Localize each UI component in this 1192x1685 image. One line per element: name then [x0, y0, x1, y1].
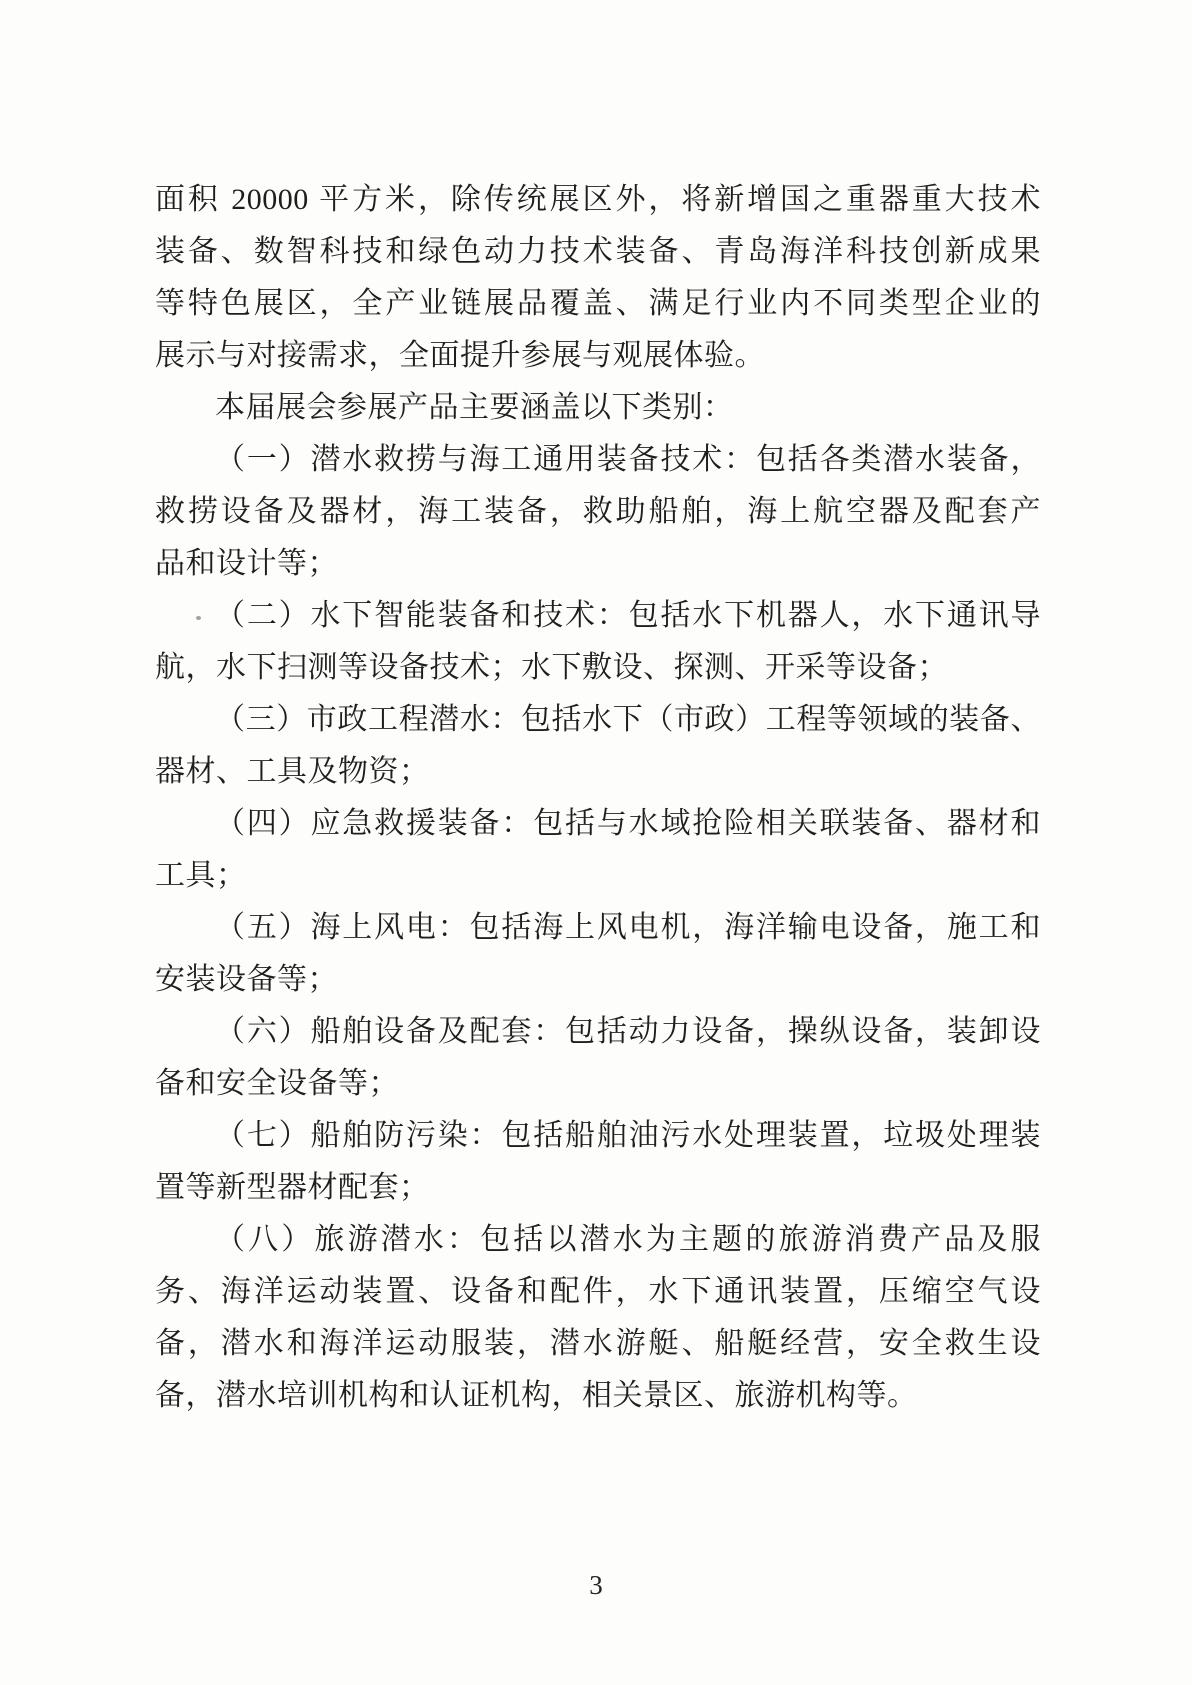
text-line: 面积 20000 平方米，除传统展区外，将新增国之重器重大技术: [155, 174, 1041, 226]
text-line: 备，潜水和海洋运动服装，潜水游艇、船艇经营，安全救生设: [155, 1318, 1041, 1370]
text-line: 等特色展区，全产业链展品覆盖、满足行业内不同类型企业的: [155, 278, 1041, 330]
text-line: 品和设计等；: [155, 538, 1041, 590]
paragraph: （六）船舶设备及配套：包括动力设备，操纵设备，装卸设备和安全设备等；: [155, 1006, 1041, 1110]
paragraph: （七）船舶防污染：包括船舶油污水处理装置，垃圾处理装置等新型器材配套；: [155, 1110, 1041, 1214]
text-line: （二）水下智能装备和技术：包括水下机器人，水下通讯导: [155, 590, 1041, 642]
text-line: （四）应急救援装备：包括与水域抢险相关联装备、器材和: [155, 798, 1041, 850]
text-block: 面积 20000 平方米，除传统展区外，将新增国之重器重大技术装备、数智科技和绿…: [155, 174, 1041, 1422]
document-page: 面积 20000 平方米，除传统展区外，将新增国之重器重大技术装备、数智科技和绿…: [0, 0, 1192, 1685]
paragraph: （八）旅游潜水：包括以潜水为主题的旅游消费产品及服务、海洋运动装置、设备和配件，…: [155, 1214, 1041, 1422]
page-number: 3: [0, 1570, 1192, 1601]
text-line: （一）潜水救捞与海工通用装备技术：包括各类潜水装备，: [155, 434, 1041, 486]
text-line: 装备、数智科技和绿色动力技术装备、青岛海洋科技创新成果: [155, 226, 1041, 278]
scan-artifact-dot: [196, 616, 201, 620]
paragraph: 本届展会参展产品主要涵盖以下类别：: [155, 382, 1041, 434]
text-line: 备，潜水培训机构和认证机构，相关景区、旅游机构等。: [155, 1370, 1041, 1422]
paragraph: （三）市政工程潜水：包括水下（市政）工程等领域的装备、器材、工具及物资；: [155, 694, 1041, 798]
text-line: 安装设备等；: [155, 954, 1041, 1006]
paragraph: （一）潜水救捞与海工通用装备技术：包括各类潜水装备，救捞设备及器材，海工装备，救…: [155, 434, 1041, 590]
text-line: 务、海洋运动装置、设备和配件，水下通讯装置，压缩空气设: [155, 1266, 1041, 1318]
text-line: 本届展会参展产品主要涵盖以下类别：: [155, 382, 1041, 434]
text-line: 置等新型器材配套；: [155, 1162, 1041, 1214]
paragraph: （五）海上风电：包括海上风电机，海洋输电设备，施工和安装设备等；: [155, 902, 1041, 1006]
text-line: （七）船舶防污染：包括船舶油污水处理装置，垃圾处理装: [155, 1110, 1041, 1162]
text-line: 航，水下扫测等设备技术；水下敷设、探测、开采等设备；: [155, 642, 1041, 694]
text-line: 工具；: [155, 850, 1041, 902]
text-line: 器材、工具及物资；: [155, 746, 1041, 798]
text-line: 展示与对接需求，全面提升参展与观展体验。: [155, 330, 1041, 382]
text-line: （五）海上风电：包括海上风电机，海洋输电设备，施工和: [155, 902, 1041, 954]
text-line: 备和安全设备等；: [155, 1058, 1041, 1110]
text-line: 救捞设备及器材，海工装备，救助船舶，海上航空器及配套产: [155, 486, 1041, 538]
paragraph: （二）水下智能装备和技术：包括水下机器人，水下通讯导航，水下扫测等设备技术；水下…: [155, 590, 1041, 694]
paragraph: 面积 20000 平方米，除传统展区外，将新增国之重器重大技术装备、数智科技和绿…: [155, 174, 1041, 382]
paragraph: （四）应急救援装备：包括与水域抢险相关联装备、器材和工具；: [155, 798, 1041, 902]
text-line: （三）市政工程潜水：包括水下（市政）工程等领域的装备、: [155, 694, 1041, 746]
text-line: （八）旅游潜水：包括以潜水为主题的旅游消费产品及服: [155, 1214, 1041, 1266]
text-line: （六）船舶设备及配套：包括动力设备，操纵设备，装卸设: [155, 1006, 1041, 1058]
